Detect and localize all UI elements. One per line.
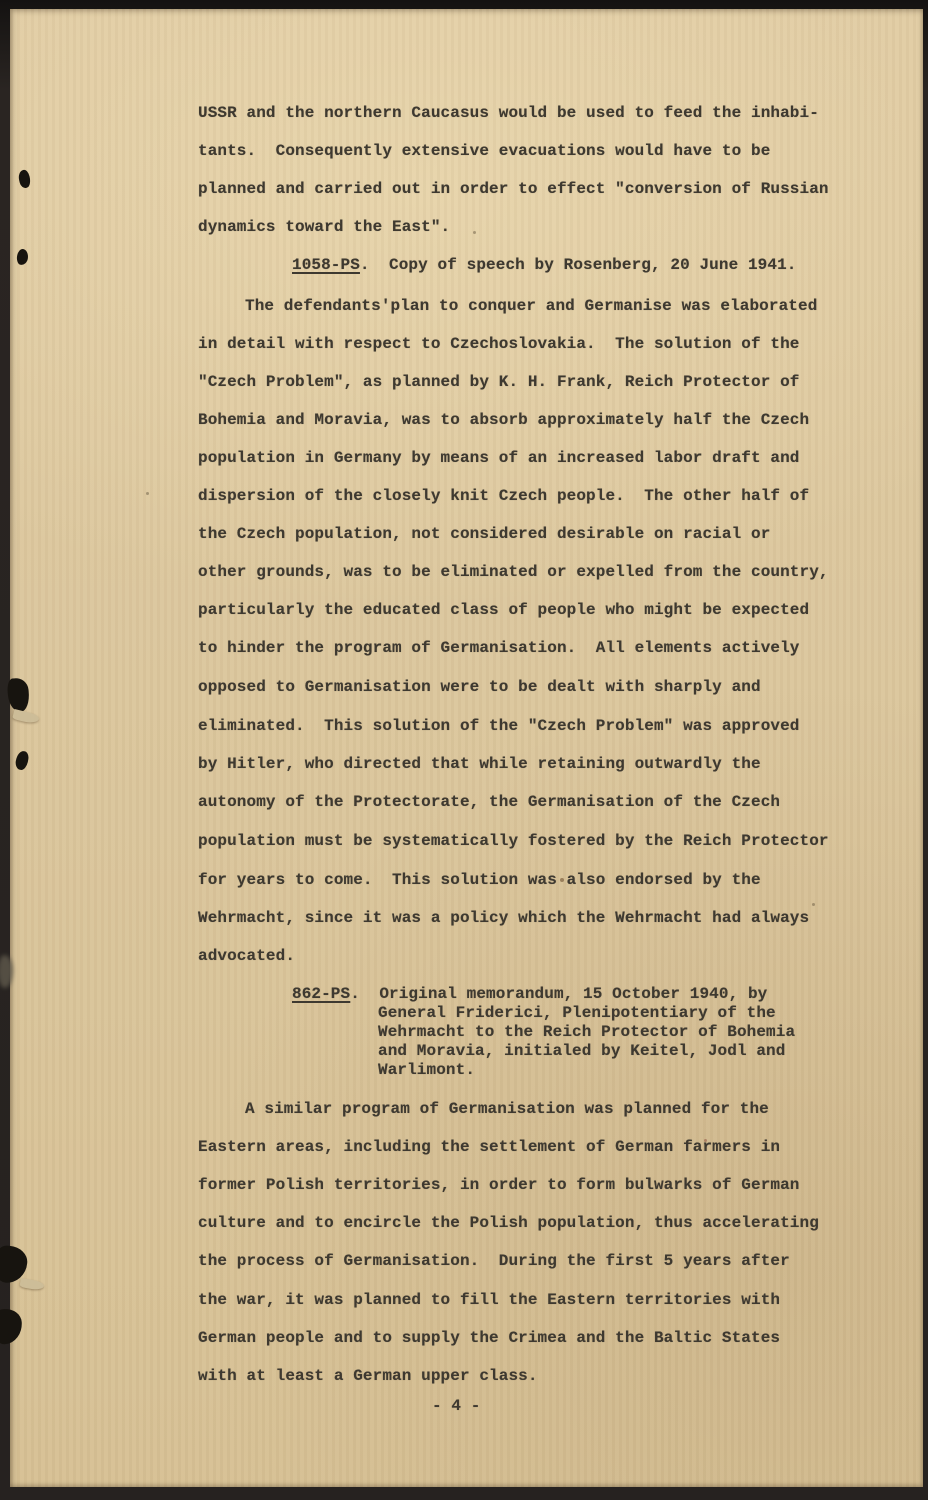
text-line: culture and to encircle the Polish popul… bbox=[198, 1213, 819, 1233]
text-line: autonomy of the Protectorate, the German… bbox=[198, 792, 780, 812]
text-segment: culture and to encircle the Polish popul… bbox=[198, 1214, 819, 1232]
text-segment: particularly the educated class of peopl… bbox=[198, 601, 809, 619]
text-line: Wehrmacht to the Reich Protector of Bohe… bbox=[378, 1022, 795, 1042]
document-text: USSR and the northern Caucasus would be … bbox=[0, 0, 928, 1500]
text-segment: and Moravia, initialed by Keitel, Jodl a… bbox=[378, 1042, 785, 1060]
text-segment: by Hitler, who directed that while retai… bbox=[198, 755, 761, 773]
text-line: The defendants'plan to conquer and Germa… bbox=[245, 296, 817, 316]
exhibit-reference: 1058-PS bbox=[292, 256, 360, 274]
text-line: the Czech population, not considered des… bbox=[198, 524, 770, 544]
text-line: German people and to supply the Crimea a… bbox=[198, 1328, 780, 1348]
text-segment: population in Germany by means of an inc… bbox=[198, 449, 800, 467]
text-line: Eastern areas, including the settlement … bbox=[198, 1137, 780, 1157]
text-line: dispersion of the closely knit Czech peo… bbox=[198, 486, 809, 506]
text-line: eliminated. This solution of the "Czech … bbox=[198, 716, 800, 736]
text-segment: other grounds, was to be eliminated or e… bbox=[198, 563, 829, 581]
text-line: the war, it was planned to fill the East… bbox=[198, 1290, 780, 1310]
text-segment: German people and to supply the Crimea a… bbox=[198, 1329, 780, 1347]
text-line: tants. Consequently extensive evacuation… bbox=[198, 141, 770, 161]
text-segment: opposed to Germanisation were to be deal… bbox=[198, 678, 761, 696]
text-line: General Friderici, Plenipotentiary of th… bbox=[378, 1003, 776, 1023]
text-segment: "Czech Problem", as planned by K. H. Fra… bbox=[198, 373, 800, 391]
text-segment: the Czech population, not considered des… bbox=[198, 525, 770, 543]
text-segment: eliminated. This solution of the "Czech … bbox=[198, 717, 800, 735]
text-segment: advocated. bbox=[198, 947, 295, 965]
text-segment: in detail with respect to Czechoslovakia… bbox=[198, 335, 800, 353]
text-line: planned and carried out in order to effe… bbox=[198, 179, 829, 199]
text-line: population must be systematically foster… bbox=[198, 831, 829, 851]
text-segment: population must be systematically foster… bbox=[198, 832, 829, 850]
exhibit-reference: 862-PS bbox=[292, 985, 350, 1003]
text-line: 862-PS. Original memorandum, 15 October … bbox=[292, 984, 767, 1004]
text-segment: the process of Germanisation. During the… bbox=[198, 1252, 790, 1270]
text-segment: for years to come. This solution was als… bbox=[198, 871, 761, 889]
text-line: with at least a German upper class. bbox=[198, 1366, 538, 1386]
text-segment: . Original memorandum, 15 October 1940, … bbox=[350, 985, 767, 1003]
text-line: other grounds, was to be eliminated or e… bbox=[198, 562, 829, 582]
text-line: Bohemia and Moravia, was to absorb appro… bbox=[198, 410, 809, 430]
text-line: USSR and the northern Caucasus would be … bbox=[198, 103, 819, 123]
text-line: population in Germany by means of an inc… bbox=[198, 448, 800, 468]
text-line: and Moravia, initialed by Keitel, Jodl a… bbox=[378, 1041, 785, 1061]
text-segment: Bohemia and Moravia, was to absorb appro… bbox=[198, 411, 809, 429]
text-segment: - 4 - bbox=[432, 1397, 481, 1415]
text-line: "Czech Problem", as planned by K. H. Fra… bbox=[198, 372, 800, 392]
text-segment: A similar program of Germanisation was p… bbox=[245, 1100, 769, 1118]
text-segment: to hinder the program of Germanisation. … bbox=[198, 639, 800, 657]
text-line: in detail with respect to Czechoslovakia… bbox=[198, 334, 800, 354]
text-segment: former Polish territories, in order to f… bbox=[198, 1176, 800, 1194]
text-line: by Hitler, who directed that while retai… bbox=[198, 754, 761, 774]
text-segment: the war, it was planned to fill the East… bbox=[198, 1291, 780, 1309]
text-line: Wehrmacht, since it was a policy which t… bbox=[198, 908, 809, 928]
text-segment: tants. Consequently extensive evacuation… bbox=[198, 142, 770, 160]
text-segment: General Friderici, Plenipotentiary of th… bbox=[378, 1004, 776, 1022]
text-segment: autonomy of the Protectorate, the German… bbox=[198, 793, 780, 811]
text-line: dynamics toward the East". bbox=[198, 217, 450, 237]
text-segment: dynamics toward the East". bbox=[198, 218, 450, 236]
page-number: - 4 - bbox=[432, 1396, 481, 1416]
text-segment: Eastern areas, including the settlement … bbox=[198, 1138, 780, 1156]
scanned-page: USSR and the northern Caucasus would be … bbox=[0, 0, 928, 1500]
text-line: opposed to Germanisation were to be deal… bbox=[198, 677, 761, 697]
text-line: former Polish territories, in order to f… bbox=[198, 1175, 800, 1195]
text-segment: planned and carried out in order to effe… bbox=[198, 180, 829, 198]
text-segment: dispersion of the closely knit Czech peo… bbox=[198, 487, 809, 505]
text-segment: . Copy of speech by Rosenberg, 20 June 1… bbox=[360, 256, 797, 274]
text-line: particularly the educated class of peopl… bbox=[198, 600, 809, 620]
text-segment: Wehrmacht to the Reich Protector of Bohe… bbox=[378, 1023, 795, 1041]
text-line: A similar program of Germanisation was p… bbox=[245, 1099, 769, 1119]
text-segment: The defendants'plan to conquer and Germa… bbox=[245, 297, 817, 315]
text-line: Warlimont. bbox=[378, 1060, 475, 1080]
text-segment: Warlimont. bbox=[378, 1061, 475, 1079]
text-line: for years to come. This solution was als… bbox=[198, 870, 761, 890]
text-segment: USSR and the northern Caucasus would be … bbox=[198, 104, 819, 122]
text-line: advocated. bbox=[198, 946, 295, 966]
text-line: 1058-PS. Copy of speech by Rosenberg, 20… bbox=[292, 255, 797, 275]
text-line: the process of Germanisation. During the… bbox=[198, 1251, 790, 1271]
text-line: to hinder the program of Germanisation. … bbox=[198, 638, 800, 658]
text-segment: with at least a German upper class. bbox=[198, 1367, 538, 1385]
text-segment: Wehrmacht, since it was a policy which t… bbox=[198, 909, 809, 927]
